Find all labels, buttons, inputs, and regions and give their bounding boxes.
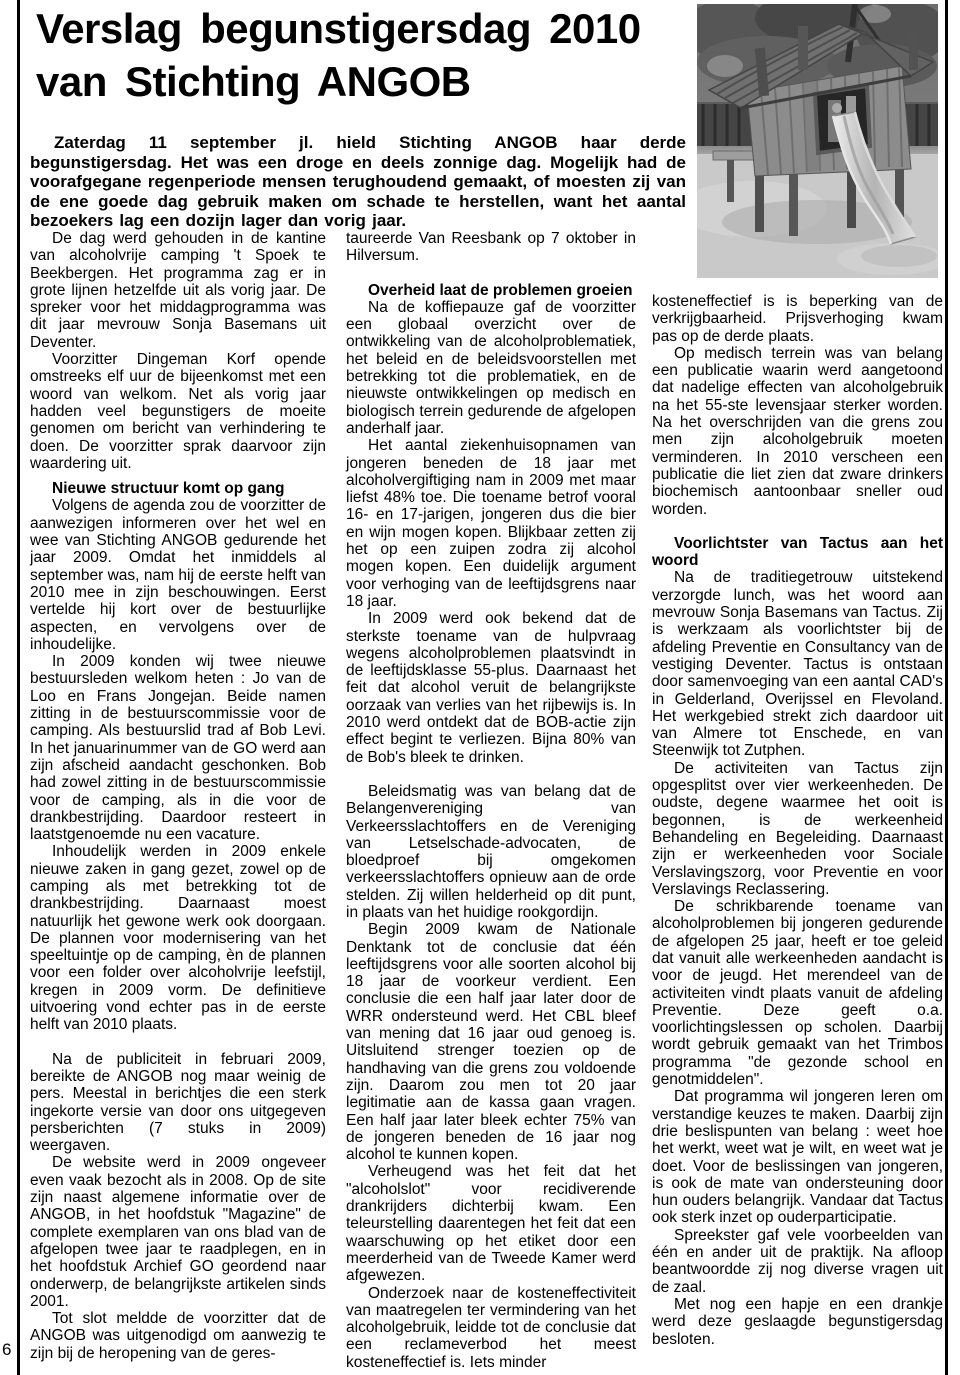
paragraph: Op medisch terrein was van belang een pu… [652, 345, 943, 518]
paragraph: Volgens de agenda zou de voorzitter de a… [30, 497, 326, 653]
right-vertical-rule [945, 0, 948, 1375]
page-number: 6 [2, 1340, 11, 1360]
paragraph: Na de traditiegetrouw uitstekend verzorg… [652, 569, 943, 759]
paragraph: taureerde Van Reesbank op 7 oktober in H… [346, 230, 636, 265]
newsletter-page: Verslag begunstigersdag 2010 van Stichti… [0, 0, 960, 1375]
text-column-1: De dag werd gehouden in de kantine van a… [30, 230, 326, 1362]
left-vertical-rule [17, 0, 20, 1375]
paragraph: Na de koffiepauze gaf de voorzitter een … [346, 299, 636, 437]
page-title: Verslag begunstigersdag 2010 van Stichti… [36, 2, 696, 108]
paragraph: Verheugend was het feit dat het "alcohol… [346, 1163, 636, 1284]
section-heading: Overheid laat de problemen groeien [346, 282, 636, 299]
paragraph: Beleidsmatig was van belang dat de Belan… [346, 783, 636, 921]
paragraph: In 2009 konden wij twee nieuwe bestuursl… [30, 653, 326, 843]
paragraph: Dat programma wil jongeren leren om vers… [652, 1088, 943, 1226]
paragraph: De website werd in 2009 ongeveer even va… [30, 1154, 326, 1310]
paragraph: De schrikbarende toename van alcoholprob… [652, 898, 943, 1088]
page-title-line1: Verslag begunstigersdag 2010 [36, 2, 696, 55]
playhouse-photo-graphic [697, 4, 938, 278]
section-heading: Nieuwe structuur komt op gang [30, 480, 326, 497]
paragraph: Inhoudelijk werden in 2009 enkele nieuwe… [30, 843, 326, 1033]
paragraph: De activiteiten van Tactus zijn opgespli… [652, 760, 943, 898]
text-column-2: taureerde Van Reesbank op 7 oktober in H… [346, 230, 636, 1371]
paragraph: Begin 2009 kwam de Nationale Denktank to… [346, 921, 636, 1163]
paragraph: In 2009 werd ook bekend dat de sterkste … [346, 610, 636, 766]
section-heading: Voorlichtster van Tactus aan het woord [652, 535, 943, 570]
text-column-3: kosteneffectief is is beperking van de v… [652, 293, 943, 1348]
paragraph: Met nog een hapje en een drankje werd de… [652, 1296, 943, 1348]
paragraph: Spreekster gaf vele voorbeelden van één … [652, 1227, 943, 1296]
playhouse-photo [697, 4, 938, 278]
paragraph: Onderzoek naar de kosteneffectiviteit va… [346, 1285, 636, 1371]
page-title-line2: van Stichting ANGOB [36, 55, 696, 108]
paragraph: De dag werd gehouden in de kantine van a… [30, 230, 326, 351]
paragraph: Voorzitter Dingeman Korf opende omstreek… [30, 351, 326, 472]
paragraph: Het aantal ziekenhuisopnamen van jongere… [346, 437, 636, 610]
paragraph: Na de publiciteit in februari 2009, bere… [30, 1051, 326, 1155]
paragraph: kosteneffectief is is beperking van de v… [652, 293, 943, 345]
paragraph: Tot slot meldde de voorzitter dat de ANG… [30, 1310, 326, 1362]
intro-paragraph: Zaterdag 11 september jl. hield Stichtin… [30, 133, 686, 231]
